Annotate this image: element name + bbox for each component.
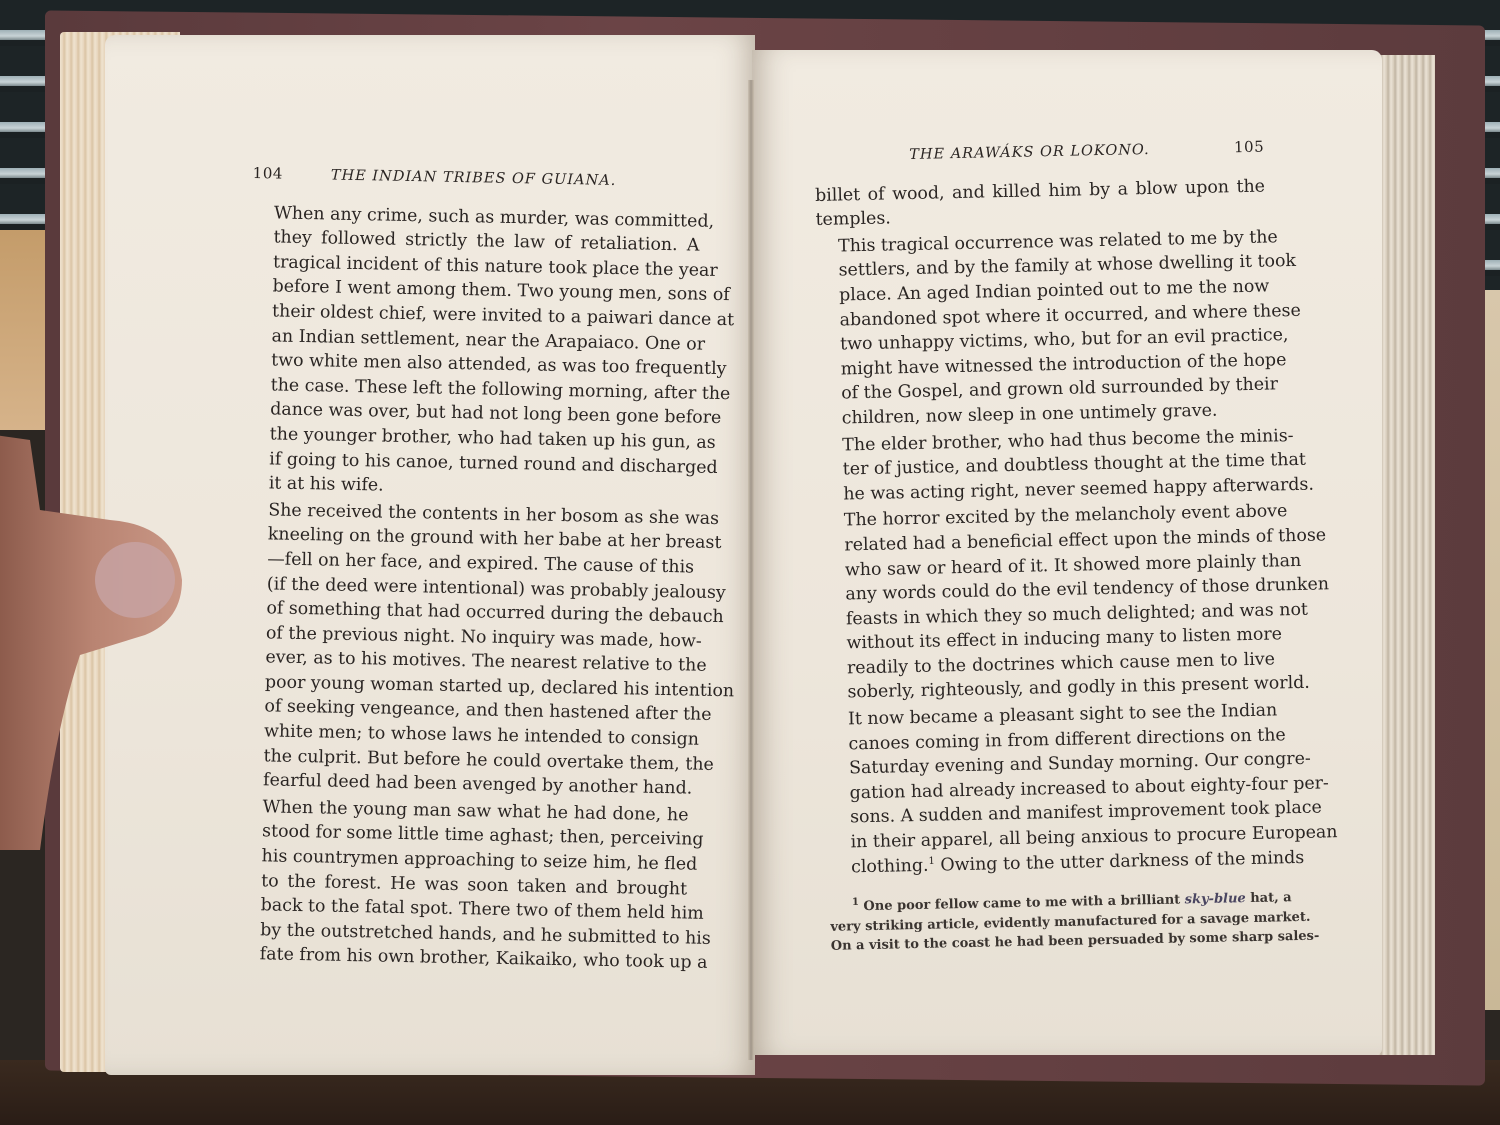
paragraph: She received the contents in her bosom a… (241, 498, 695, 802)
page-number: 105 (1234, 135, 1265, 160)
italic-term: sky-blue (1185, 891, 1246, 907)
page-number: 104 (253, 161, 284, 186)
paragraph: When any crime, such as murder, was comm… (247, 201, 701, 505)
right-page-text: THE ARAWÁKS OR LOKONO. 105 billet of woo… (814, 135, 1281, 957)
running-head-title: THE ARAWÁKS OR LOKONO. (909, 138, 1150, 168)
running-head-title: THE INDIAN TRIBES OF GUIANA. (331, 163, 617, 193)
right-page: THE ARAWÁKS OR LOKONO. 105 billet of woo… (752, 50, 1382, 1055)
text-fragment: hat, a (1246, 890, 1292, 906)
right-running-head: THE ARAWÁKS OR LOKONO. 105 (814, 135, 1264, 170)
footnote: 1 One poor fellow came to me with a bril… (830, 889, 1281, 957)
paragraph: The horror excited by the melancholy eve… (822, 500, 1276, 706)
footnote-marker: 1 (852, 897, 859, 908)
paragraph-continued: billet of wood, and killed him by a blow… (815, 174, 1266, 233)
paragraph: It now became a pleasant sight to see th… (826, 699, 1280, 881)
paragraph: This tragical occurrence was related to … (816, 225, 1270, 431)
left-running-head: 104 THE INDIAN TRIBES OF GUIANA. (253, 161, 701, 195)
paragraph: When the young man saw what he had done,… (238, 795, 689, 976)
text-fragment: clothing. (851, 855, 929, 877)
paragraph: The elder brother, who had thus become t… (820, 424, 1271, 507)
text-fragment: Owing to the utter darkness of the minds (940, 848, 1304, 876)
left-page: 104 THE INDIAN TRIBES OF GUIANA. When an… (105, 35, 755, 1075)
footnote-reference: 1 (928, 855, 935, 866)
book-gutter (748, 80, 754, 1060)
left-page-text: 104 THE INDIAN TRIBES OF GUIANA. When an… (237, 161, 700, 977)
